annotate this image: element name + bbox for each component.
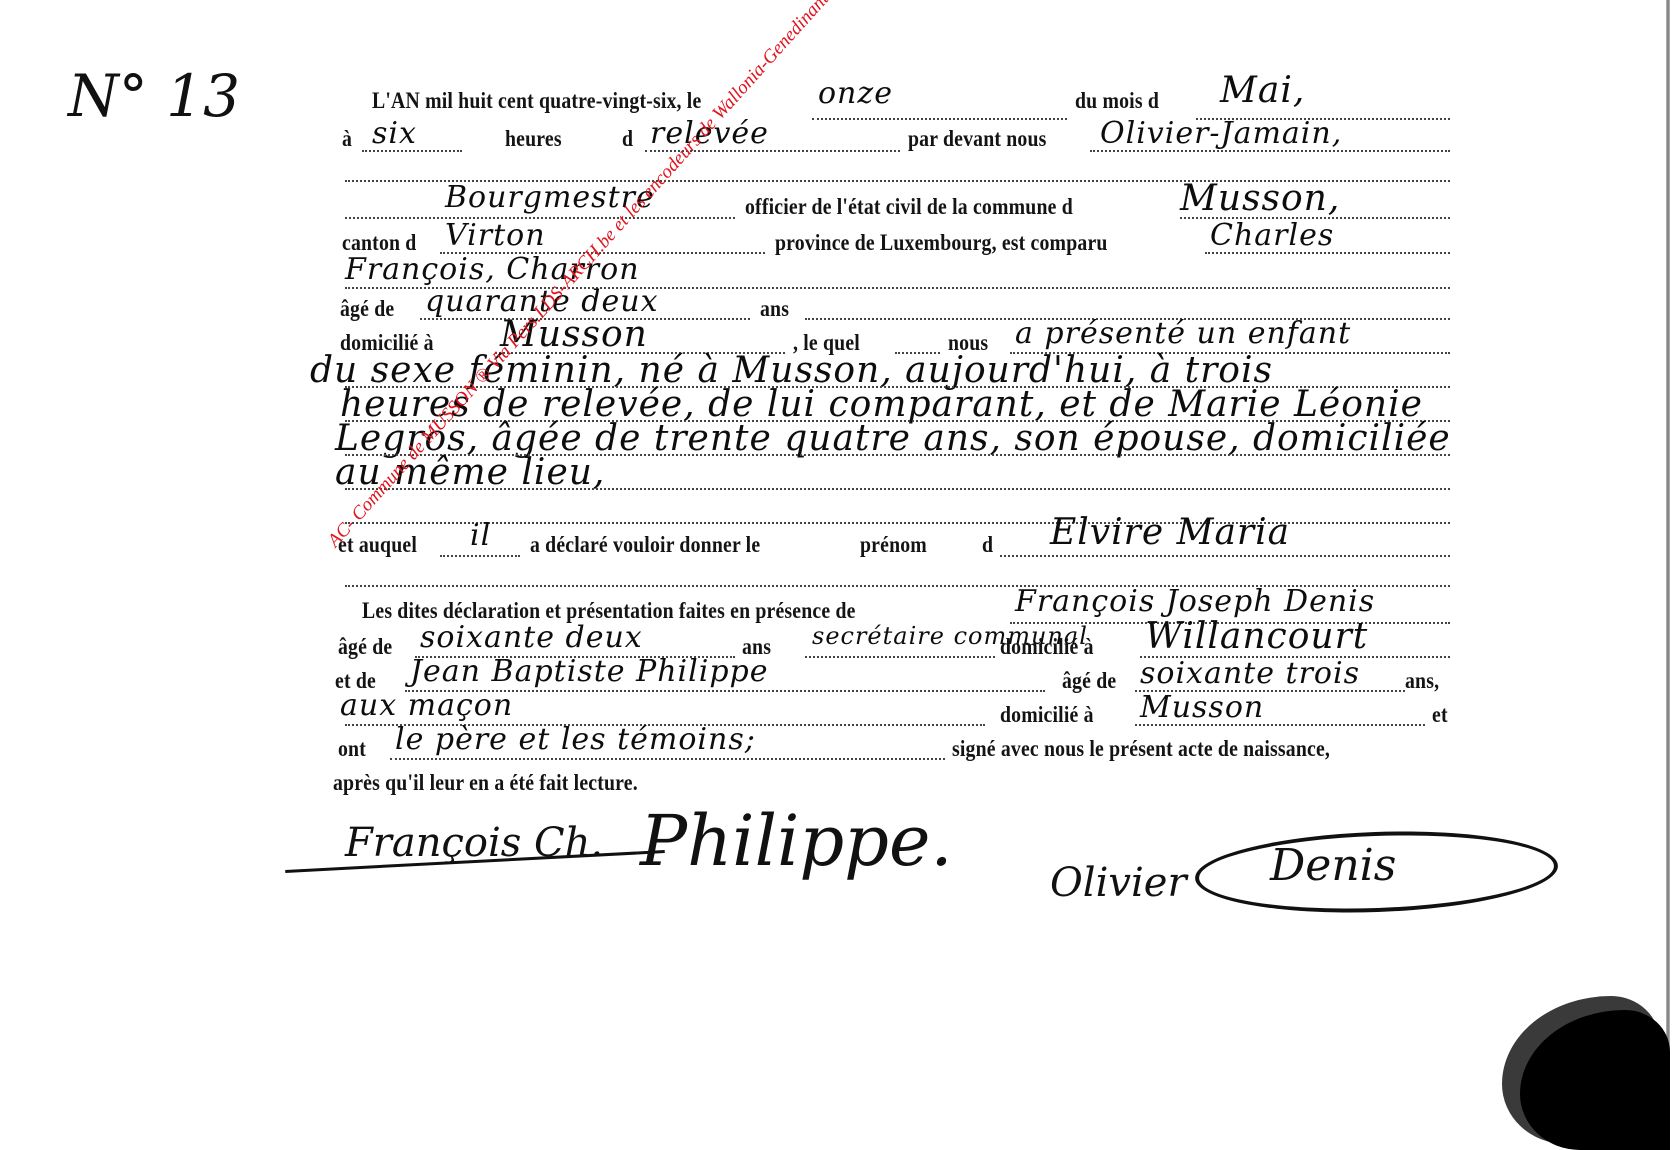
printed-text: et	[1432, 702, 1448, 728]
handwritten-day: onze	[818, 76, 893, 111]
printed-text: d	[622, 126, 633, 152]
printed-text: par devant nous	[908, 126, 1047, 152]
printed-text: ans,	[1405, 668, 1439, 694]
printed-text: ont	[338, 736, 366, 762]
handwritten-canton: Virton	[445, 218, 546, 253]
handwritten-month: Mai,	[1220, 70, 1305, 111]
printed-text: heures	[505, 126, 562, 152]
printed-text: province de Luxembourg, est comparu	[775, 230, 1108, 256]
handwritten-witness2-profession: aux maçon	[340, 688, 513, 723]
printed-text: ans	[760, 296, 789, 322]
handwritten-hour: six	[372, 116, 417, 151]
handwritten-declarant-firstname: Charles	[1210, 218, 1334, 253]
printed-text: a déclaré vouloir donner le	[530, 532, 760, 558]
handwritten-witness2-name: Jean Baptiste Philippe	[410, 654, 769, 689]
handwritten-witness1-name: François Joseph Denis	[1015, 584, 1375, 619]
printed-text: L'AN mil huit cent quatre-vingt-six, le	[372, 88, 701, 114]
page-edge	[1666, 0, 1670, 1150]
signature-witness1: Denis	[1270, 840, 1396, 891]
handwritten-witness1-age: soixante deux	[420, 620, 643, 655]
printed-text: âgé de	[340, 296, 394, 322]
handwritten-presented: a présenté un enfant	[1015, 316, 1351, 351]
printed-text: à	[342, 126, 352, 152]
signature-witness2: Philippe.	[640, 800, 953, 882]
printed-text: âgé de	[1062, 668, 1116, 694]
handwritten-witness2-domicile: Musson	[1140, 690, 1264, 725]
handwritten-officer-name: Olivier-Jamain,	[1100, 116, 1342, 151]
printed-text: domicilié à	[1000, 702, 1094, 728]
handwritten-child-name: Elvire Maria	[1050, 512, 1290, 553]
printed-text: âgé de	[338, 634, 392, 660]
act-number: N° 13	[68, 62, 240, 130]
handwritten-signatories: le père et les témoins;	[395, 722, 756, 757]
printed-text: du mois d	[1075, 88, 1159, 114]
printed-text: signé avec nous le présent acte de naiss…	[952, 736, 1330, 762]
printed-text: domicilié à	[1000, 634, 1094, 660]
printed-text: officier de l'état civil de la commune d	[745, 194, 1073, 220]
handwritten-witness1-domicile: Willancourt	[1145, 616, 1368, 657]
printed-text: après qu'il leur en a été fait lecture.	[333, 770, 638, 796]
handwritten-commune: Musson,	[1180, 178, 1340, 219]
handwritten-witness2-age: soixante trois	[1140, 656, 1360, 691]
signature-officer: Olivier	[1050, 860, 1187, 906]
printed-text: d	[982, 532, 993, 558]
page-damage-stain	[1520, 1010, 1670, 1150]
printed-text: prénom	[860, 532, 927, 558]
handwritten-declarant-pronoun: il	[470, 518, 491, 553]
